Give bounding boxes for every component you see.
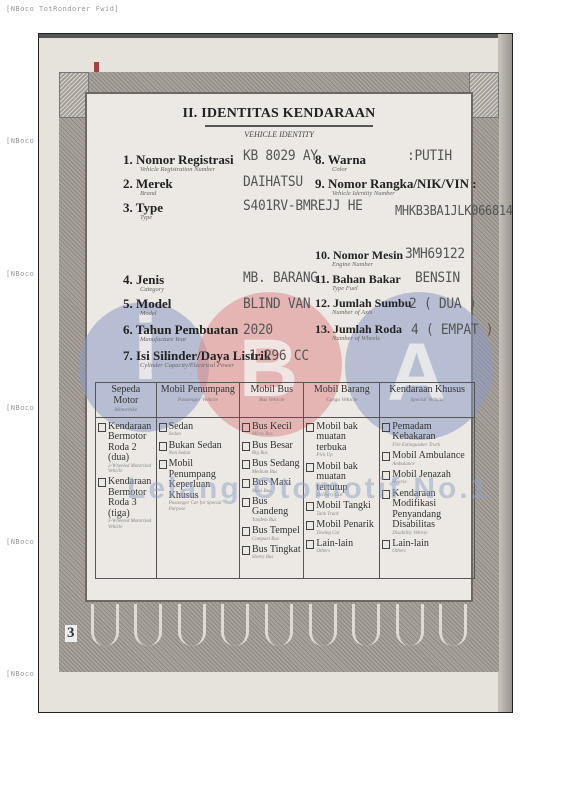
value-category: MB. BARANG [243,270,318,286]
title-underline [205,125,373,127]
checkbox[interactable] [159,442,167,451]
option-item[interactable]: Kendaraan Bermotor Roda 2 (dua)2-Wheeled… [98,422,154,475]
option-item[interactable]: Mobil AmbulanceAmbulance [382,451,472,467]
checkbox[interactable] [242,423,250,432]
identity-panel: II. IDENTITAS KENDARAAN VEHICLE IDENTITY… [85,92,473,602]
option-item[interactable]: Bukan SedanNon Sedan [159,441,237,457]
value-brand: DAIHATSU [243,174,303,190]
option-item[interactable]: Bus BesarBig Bus [242,441,301,457]
field-model: 5. ModelModel [123,296,171,317]
column-header: Mobil BarangCargo Vehicle [304,383,380,418]
value-cylinder: 1.296 CC [249,348,309,364]
checkbox[interactable] [382,540,390,549]
scanned-document: 3 II. IDENTITAS KENDARAAN VEHICLE IDENTI… [38,33,513,713]
column-header: Kendaraan KhususSpecial Vehicle [380,383,475,418]
field-type: 3. TypeType [123,200,163,221]
checkbox[interactable] [98,478,106,487]
checkbox[interactable] [242,527,250,536]
checkbox[interactable] [159,460,167,469]
scan-shadow [498,34,512,712]
option-item[interactable]: Bus KecilMicro Bus [242,422,301,438]
field-brand: 2. MerekBrand [123,176,173,197]
field-registration: 1. Nomor RegistrasiVehicle Registration … [123,152,234,173]
value-type: S401RV-BMREJJ HE [243,198,363,214]
checkbox[interactable] [98,423,106,432]
option-item[interactable]: Lain-lainOthers [382,539,472,555]
checkbox[interactable] [382,452,390,461]
option-item[interactable]: Mobil bak muatan terbukaPick Up [306,422,377,459]
value-axles: 2 ( DUA ) [409,296,476,312]
checkbox[interactable] [306,521,314,530]
field-engine: 10. Nomor MesinEngine Number [315,248,403,268]
option-item[interactable]: Lain-lainOthers [306,539,377,555]
watermark-text: Lelang Otomotif No.1 [127,472,490,506]
value-fuel: BENSIN [415,270,460,286]
field-category: 4. JenisCategory [123,272,164,293]
option-item[interactable]: Bus TempelCompact Bus [242,526,301,542]
field-year: 6. Tahun PembuatanManufacture Year [123,322,238,343]
checkbox[interactable] [242,442,250,451]
option-item[interactable]: Pemadam KebakaranFire Extinguisher Truck [382,422,472,448]
field-wheels: 13. Jumlah RodaNumber of Wheels [315,322,402,342]
scan-mark: [NBoco TotRondorer Fwid] [6,5,119,13]
option-item[interactable]: Mobil PenarikTowing Car [306,520,377,536]
value-engine: 3MH69122 [405,246,465,262]
value-vin: MHKB3BA1JLK066814 [395,204,513,219]
column-header: Mobil PenumpangPassenger Vehicle [156,383,239,418]
value-year: 2020 [243,322,273,338]
frame-pattern [59,604,499,660]
column-header: Mobil BusBus Vehicle [240,383,304,418]
checkbox[interactable] [306,423,314,432]
value-color: :PUTIH [407,148,452,164]
checkbox[interactable] [242,546,250,555]
field-fuel: 11. Bahan BakarType Fuel [315,272,401,292]
column-header: Sepeda MotorMotorbike [96,383,157,418]
value-model: BLIND VAN [243,296,310,312]
checkbox[interactable] [159,423,167,432]
checkbox[interactable] [382,423,390,432]
page-title: II. IDENTITAS KENDARAAN [87,106,471,122]
value-wheels: 4 ( EMPAT ) [411,322,493,338]
field-axles: 12. Jumlah SumbuNumber of Axis [315,296,411,316]
frame-corner [469,72,499,118]
checkbox[interactable] [242,460,250,469]
option-item[interactable]: SedanSedan [159,422,237,438]
scan-edge [39,34,512,38]
checkbox[interactable] [306,463,314,472]
guilloche-frame: 3 II. IDENTITAS KENDARAAN VEHICLE IDENTI… [59,72,499,672]
checkbox[interactable] [306,540,314,549]
field-color: 8. WarnaColor [315,152,366,173]
value-registration: KB 8029 AY [243,148,318,164]
page-subtitle: VEHICLE IDENTITY [87,130,471,139]
page-number: 3 [65,625,77,642]
field-vin: 9. Nomor Rangka/NIK/VIN :Vehicle Identit… [315,176,477,197]
option-item[interactable]: Bus TingkatStorey Bus [242,545,301,561]
